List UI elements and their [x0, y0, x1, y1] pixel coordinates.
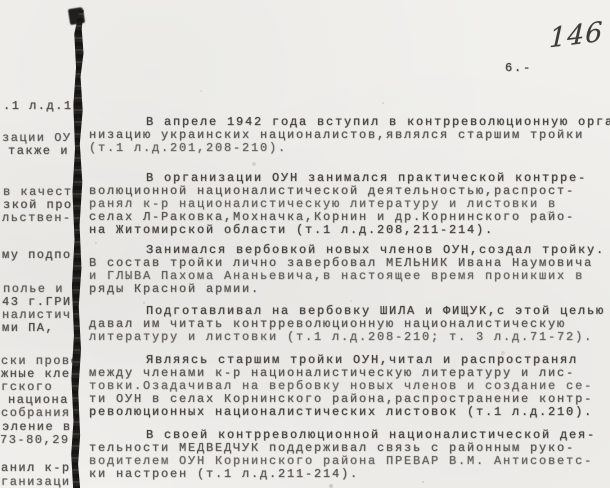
text-line: литературу и листовки (т.1 л.д.208-210; …: [89, 331, 610, 344]
margin-fragment: анил к-р: [1, 462, 71, 475]
margin-fragment: му подпо: [2, 249, 72, 262]
margin-fragment: .1 л.д.17: [3, 100, 81, 113]
text-line: (т.1 л.д.201,208-210).: [89, 142, 610, 155]
text-line: революционных националистических листово…: [89, 406, 610, 419]
margin-fragment: собрания: [1, 407, 71, 420]
margin-fragment: также и: [8, 145, 69, 158]
paragraph: В своей контрреволюционной националистич…: [89, 429, 610, 481]
paper-noise: [0, 0, 2, 2]
margin-fragment: ми ПА,: [2, 322, 54, 335]
document-body: В апреле 1942 года вступил в контрреволю…: [89, 0, 610, 488]
paragraph: В апреле 1942 года вступил в контрреволю…: [89, 116, 610, 155]
paragraph: Занимался вербовкой новых членов ОУН,соз…: [89, 244, 610, 296]
margin-fragment: 73-80,29: [0, 434, 70, 447]
text-line: ти ОУН в селах Корнинского района,распро…: [89, 393, 610, 406]
text-line: ки настроен (т.1 л.д.211-214).: [89, 468, 610, 481]
paragraph: Подготавливал на вербовку ШИЛА и ФИЩУК,с…: [89, 305, 610, 344]
paragraph: Являясь старшим тройки ОУН,читал и распр…: [89, 354, 610, 419]
text-line: ряды Красной армии.: [89, 283, 610, 296]
text-line: на Житомирской области (т.1 л.д.208,211-…: [89, 224, 610, 237]
scanned-document-page: .1 л.д.17 зации ОУ также и в качеств зко…: [0, 0, 610, 488]
paragraph: В организации ОУН занимался практической…: [89, 172, 610, 237]
left-margin-column: .1 л.д.17 зации ОУ также и в качеств зко…: [0, 0, 84, 488]
margin-fragment: ганизаци: [1, 476, 71, 488]
text-line: селах Л-Раковка,Мохначка,Корнин и др.Кор…: [89, 211, 610, 224]
margin-fragment: льствен-: [2, 212, 72, 225]
